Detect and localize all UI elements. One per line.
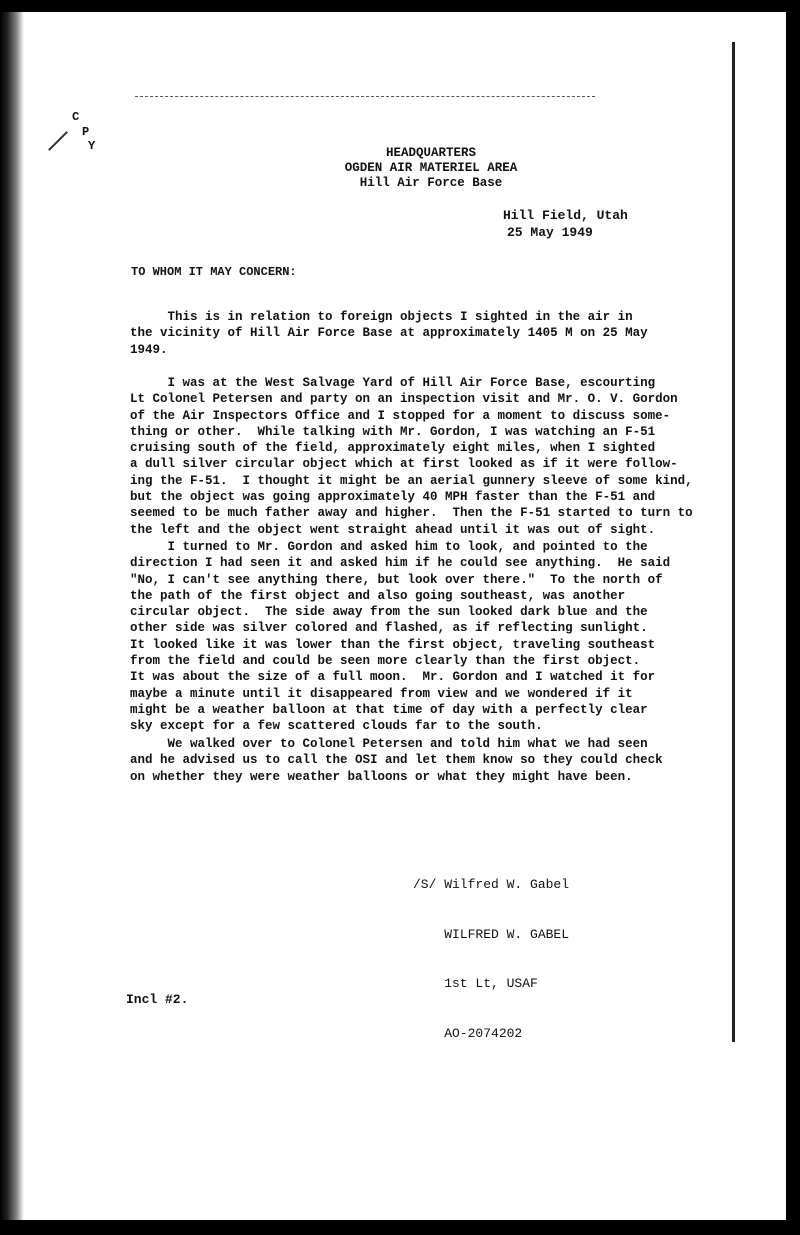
salutation: TO WHOM IT MAY CONCERN: — [131, 265, 297, 279]
signature-signed: /S/ Wilfred W. Gabel — [413, 877, 569, 894]
letterhead-line-3: Hill Air Force Base — [0, 176, 786, 190]
paragraph-2: I was at the West Salvage Yard of Hill A… — [130, 375, 690, 538]
paragraph-4: We walked over to Colonel Petersen and t… — [130, 736, 690, 785]
signature-name: WILFRED W. GABEL — [413, 927, 569, 944]
signature-block: /S/ Wilfred W. Gabel WILFRED W. GABEL 1s… — [413, 844, 569, 1075]
letterhead-line-1: HEADQUARTERS — [0, 146, 786, 160]
place-date-block: Hill Field, Utah 25 May 1949 — [503, 207, 628, 241]
copy-stamp-p: P — [82, 125, 89, 139]
paragraph-3: I turned to Mr. Gordon and asked him to … — [130, 539, 690, 735]
scan-edge-shadow — [0, 12, 24, 1220]
document-page: C P Y HEADQUARTERS OGDEN AIR MATERIEL AR… — [0, 12, 786, 1220]
copy-stamp-c: C — [72, 110, 79, 124]
paragraph-1: This is in relation to foreign objects I… — [130, 309, 690, 358]
enclosure-note: Incl #2. — [126, 992, 188, 1007]
margin-rule-line — [732, 42, 735, 1042]
scan-border-right — [790, 0, 800, 1235]
signature-rank: 1st Lt, USAF — [413, 976, 569, 993]
letterhead-line-2: OGDEN AIR MATERIEL AREA — [0, 161, 786, 175]
handwritten-strike-line — [135, 96, 595, 99]
date: 25 May 1949 — [503, 224, 628, 241]
place: Hill Field, Utah — [503, 207, 628, 224]
signature-serial: AO-2074202 — [413, 1026, 569, 1043]
